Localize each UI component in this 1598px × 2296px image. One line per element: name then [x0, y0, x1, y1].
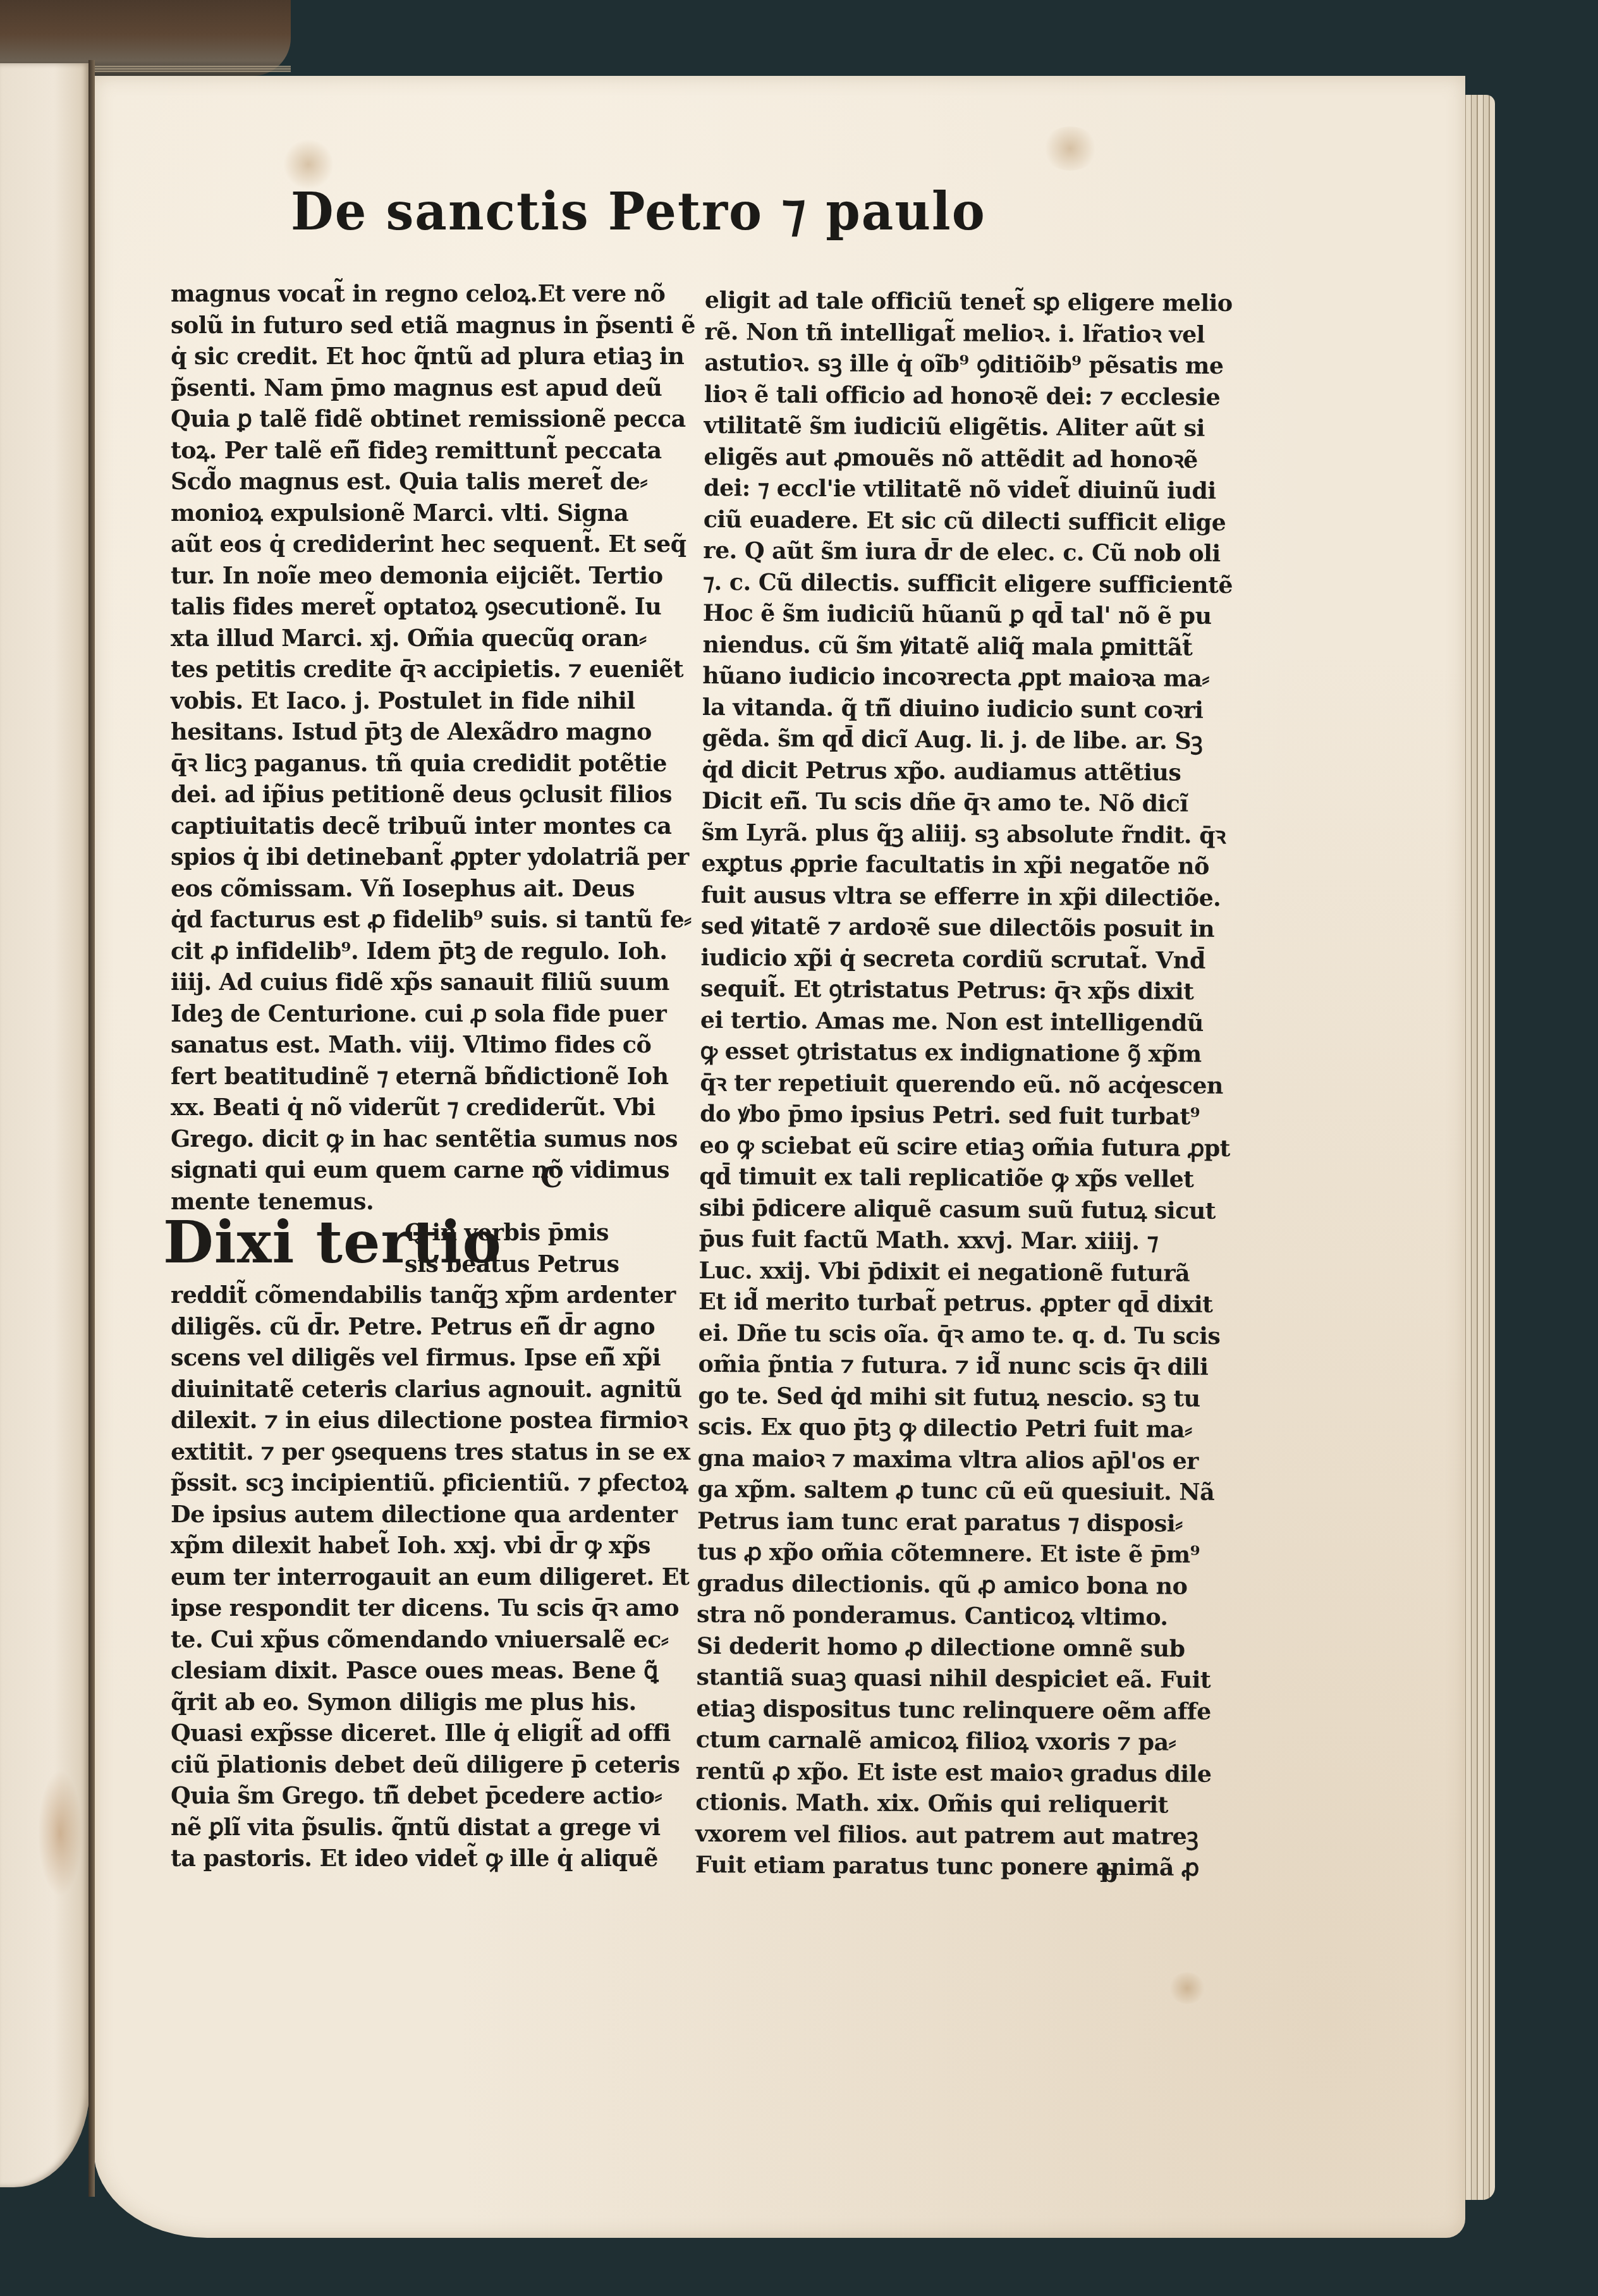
text-line: sis beatus Petrus [405, 1249, 670, 1280]
text-line: sibi p̄dicere aliquẽ casum suũ futuꝝ sic… [699, 1192, 1198, 1226]
text-line: extitit. ⁊ per ꝯsequens tres status in s… [171, 1436, 676, 1468]
text-line: iudicio xp̃i q̇ secreta cordiũ scrutat̃.… [700, 941, 1200, 975]
right-column-lines: eligit ad tale officiũ tenet̃ sꝑ eligere… [695, 284, 1204, 1883]
text-line: ⁊. c. Cũ dilectis. sufficit eligere suff… [703, 566, 1202, 600]
foxing-spot [1168, 1972, 1206, 2004]
text-line: Dicit eñ̃. Tu scis dñe q̄ꝛ amo te. Nõ di… [702, 785, 1201, 819]
text-line: lioꝛ ẽ tali officio ad honoꝛẽ dei: ⁊ ecc… [704, 378, 1204, 412]
text-line: p̃ssit. scꝫ incipientiũ. ꝑficientiũ. ⁊ ꝑ… [171, 1467, 676, 1499]
text-line: monioꝝ expulsionẽ Marci. vlti. Signa [171, 498, 676, 529]
text-line: do ꝟbo p̄mo ipsius Petri. sed fuit turba… [700, 1098, 1199, 1132]
text-line: ciũ euadere. Et sic cũ dilecti sufficit … [704, 503, 1203, 537]
text-line: re. Q aũt s̃m iura d̄r de elec. c. Cũ no… [703, 535, 1202, 569]
text-line: Grego. dicit ꝙ in hac sentẽtia sumus nos [171, 1123, 676, 1155]
left-text-column: magnus vocat̃ in regno celoꝝ.Et vere nõs… [171, 278, 676, 1874]
text-line: hũano iudicio incoꝛrecta ꝓpt maioꝛa ma⸗ [702, 660, 1202, 694]
text-line: q̃rit ab eo. Symon diligis me plus his. [171, 1687, 676, 1718]
text-line: gradus dilectionis. qũ ꝓ amico bona no [697, 1567, 1196, 1601]
text-line: eligẽs aut ꝓmouẽs nõ attẽdit ad honoꝛẽ [704, 441, 1203, 475]
text-line: go te. Sed q̇d mihi sit futuꝝ nescio. sꝫ… [698, 1379, 1197, 1414]
text-line: captiuitatis decẽ tribuũ inter montes ca [171, 810, 676, 842]
initial-tail-lines: Q in verbis p̄mis sis beatus Petrus [405, 1217, 670, 1279]
text-line: Q in verbis p̄mis [405, 1217, 670, 1249]
text-line: p̄us fuit factũ Math. xxvj. Mar. xiiij. … [699, 1223, 1198, 1257]
left-column-lines-before-initial: magnus vocat̃ in regno celoꝝ.Et vere nõs… [171, 278, 676, 1217]
signature-mark: b [1100, 1859, 1118, 1888]
text-line: ciũ p̄lationis debet deũ diligere p̄ cet… [171, 1749, 676, 1781]
text-line: Quia s̃m Grego. tñ̃ debet p̄cedere actio… [171, 1780, 676, 1812]
text-line: spios q̇ ibi detinebant̃ ꝓpter ydolatriã… [171, 841, 676, 873]
text-line: aũt eos q̇ crediderint hec sequent̃. Et … [171, 528, 676, 560]
text-line: ipse respondit ter dicens. Tu scis q̄ꝛ a… [171, 1592, 676, 1624]
text-line: clesiam dixit. Pasce oues meas. Bene ꝗ̃ [171, 1655, 676, 1687]
text-line: Ideꝫ de Centurione. cui ꝓ sola fide puer [171, 998, 676, 1030]
text-line: om̃ia p̃ntia ⁊ futura. ⁊ id̃ nunc scis q… [698, 1348, 1197, 1383]
paper-stain [38, 1770, 82, 1896]
text-line: tes petitis credite q̄ꝛ accipietis. ⁊ eu… [171, 654, 676, 685]
text-line: vtilitatẽ s̃m iudiciũ eligẽtis. Aliter a… [704, 410, 1203, 444]
right-text-column: eligit ad tale officiũ tenet̃ sꝑ eligere… [695, 284, 1204, 1883]
text-line: q̄ꝛ licꝫ paganus. tñ quia credidit potẽt… [171, 748, 676, 779]
text-line: diligẽs. cũ d̄r. Petre. Petrus eñ̃ d̄r a… [171, 1311, 676, 1343]
text-line: p̃senti. Nam p̄mo magnus est apud deũ [171, 372, 676, 404]
text-line: talis fides meret̃ optatoꝝ ꝯsecutionẽ. I… [171, 591, 676, 623]
text-line: q̇ sic credit. Et hoc q̃ntũ ad plura eti… [171, 341, 676, 372]
text-line: hesitans. Istud p̄tꝫ de Alexãdro magno [171, 716, 676, 748]
text-line: la vitanda. q̃ tñ̃ diuino iudicio sunt c… [702, 691, 1202, 725]
text-line: tus ꝓ xp̃o om̃ia cõtemnere. Et iste ẽ p̄… [697, 1536, 1197, 1570]
text-line: dei. ad ip̃ius petitionẽ deus ꝯclusit fi… [171, 779, 676, 810]
text-line: q̇d dicit Petrus xp̃o. audiamus attẽtius [702, 754, 1201, 788]
text-line: rẽ. Non tñ intelligat̃ melioꝛ. i. lr̃ati… [704, 315, 1204, 350]
text-line: Quasi exp̃sse diceret. Ille q̇ eligit̃ a… [171, 1718, 676, 1749]
text-line: xta illud Marci. xj. Om̃ia quecũq̧ oran⸗ [171, 623, 676, 654]
verso-page-edge [0, 63, 90, 2187]
text-line: Scd̃o magnus est. Quia talis meret̃ de⸗ [171, 466, 676, 498]
text-line: stantiã suaꝫ quasi nihil despiciet eã. F… [696, 1661, 1195, 1695]
text-line: dei: ⁊ eccl'ie vtilitatẽ nõ videt̃ diuin… [704, 472, 1203, 506]
text-line: gẽda. s̃m qd̄ dicĩ Aug. li. j. de libe. … [702, 723, 1201, 757]
text-line: rentũ ꝓ xp̃o. Et iste est maioꝛ gradus d… [695, 1755, 1195, 1789]
text-line: eligit ad tale officiũ tenet̃ sꝑ eligere… [705, 284, 1204, 319]
text-line: Luc. xxij. Vbi p̄dixit ei negationẽ futu… [698, 1254, 1198, 1288]
text-line: stra nõ ponderamus. Canticoꝝ vltimo. [697, 1599, 1196, 1633]
text-line: ctionis. Math. xix. Om̃is qui reliquerit [695, 1786, 1195, 1821]
text-line: Petrus iam tunc erat paratus ⁊ disposi⸗ [697, 1505, 1197, 1539]
text-line: reddit̃ cõmendabilis tanq̃ꝫ xp̃m ardente… [171, 1279, 676, 1311]
paragraph-mark: C [540, 1162, 563, 1194]
text-line: iiij. Ad cuius fidẽ xp̃s sanauit filiũ s… [171, 967, 676, 998]
left-column-lines-after-initial: reddit̃ cõmendabilis tanq̃ꝫ xp̃m ardente… [171, 1279, 676, 1874]
text-line: ei. Dñe tu scis oĩa. q̄ꝛ amo te. q. d. T… [698, 1317, 1198, 1351]
text-line: dilexit. ⁊ in eius dilectione postea fir… [171, 1405, 676, 1436]
text-line: te. Cui xp̃us cõmendando vniuersalẽ ec⸗ [171, 1624, 676, 1656]
text-line: sanatus est. Math. viij. Vltimo fides cõ [171, 1029, 676, 1061]
text-line: cit ꝓ infidelib⁹. Idem p̄tꝫ de regulo. I… [171, 936, 676, 967]
text-line: etiaꝫ dispositus tunc relinquere oẽm aff… [696, 1692, 1195, 1726]
text-line: xx. Beati q̇ nõ viderũt ⁊ crediderũt. Vb… [171, 1092, 676, 1123]
text-line: vobis. Et Iaco. j. Postulet in fide nihi… [171, 685, 676, 717]
running-head: De sanctis Petro ⁊ paulo [291, 182, 1049, 243]
text-line: solũ in futuro sed etiã magnus in p̃sent… [171, 310, 676, 341]
text-line: eo ꝙ sciebat eũ scire etiaꝫ om̃ia futura… [700, 1129, 1199, 1163]
text-line: Quia ꝑ talẽ fidẽ obtinet remissionẽ pecc… [171, 403, 676, 435]
text-line: fert beatitudinẽ ⁊ eternã bñdictionẽ Ioh [171, 1061, 676, 1092]
text-line: gna maioꝛ ⁊ maxima vltra alios ap̄l'os e… [698, 1442, 1197, 1476]
text-line: ꝙ esset ꝯtristatus ex indignatione ꝯ̃ xp… [700, 1035, 1199, 1070]
text-line: exꝑtus ꝓprie facultatis in xp̃i negatõe … [701, 848, 1200, 882]
text-line: tur. In noĩe meo demonia eĳciẽt. Tertio [171, 560, 676, 592]
initial-block: Dixi tertio Q in verbis p̄mis sis beatus… [171, 1217, 676, 1279]
text-line: scis. Ex quo p̄tꝫ ꝙ dilectio Petri fuit … [698, 1411, 1197, 1445]
text-line: signati qui eum quem carne nõ vidimus [171, 1154, 676, 1186]
text-line: sequit̃. Et ꝯtristatus Petrus: q̄ꝛ xp̃s … [700, 973, 1200, 1007]
text-line: s̃m Lyrã. plus q̃ꝫ aliĳ. sꝫ absolute r̃n… [702, 816, 1201, 850]
foxing-spot [1042, 126, 1099, 171]
text-line: toꝝ. Per talẽ eñ̃ fideꝫ remittunt̃ pecca… [171, 435, 676, 467]
text-line: nẽ ꝑlĩ vita p̃sulis. q̃ntũ distat a greg… [171, 1812, 676, 1843]
text-line: Et id̃ merito turbat̃ petrus. ꝓpter qd̄ … [698, 1286, 1198, 1320]
text-line: ta pastoris. Et ideo videt̃ ꝙ ille q̇ al… [171, 1843, 676, 1874]
text-line: ctum carnalẽ amicoꝝ filioꝝ vxoris ⁊ pa⸗ [696, 1724, 1195, 1758]
text-line: qd̄ timuit ex tali replicatiõe ꝙ xp̃s ve… [699, 1161, 1198, 1195]
text-line: Si dederit homo ꝓ dilectione omnẽ sub [697, 1630, 1196, 1664]
text-line: ei tertio. Amas me. Non est intelligendũ [700, 1004, 1200, 1038]
text-line: q̄ꝛ ter repetiuit querendo eũ. nõ acq̇es… [700, 1066, 1199, 1101]
book-gutter [88, 60, 95, 2197]
text-line: Hoc ẽ s̃m iudiciũ hũanũ ꝑ qd̄ tal' nõ ẽ … [703, 597, 1202, 632]
text-line: scens vel diligẽs vel firmus. Ipse eñ̃ x… [171, 1342, 676, 1374]
text-line: De ipsius autem dilectione qua ardenter [171, 1499, 676, 1530]
text-line: diuinitatẽ ceteris clarius agnouit. agni… [171, 1374, 676, 1405]
text-line: xp̃m dilexit habet̃ Ioh. xxj. vbi d̄r ꝙ … [171, 1530, 676, 1561]
text-line: sed ꝟitatẽ ⁊ ardoꝛẽ sue dilectõis posuit… [701, 910, 1200, 944]
text-line: astutioꝛ. sꝫ ille q̇ oĩb⁹ ꝯditiõib⁹ pẽsa… [704, 347, 1204, 381]
text-line: Fuit etiam paratus tunc ponere animã ꝓ [695, 1849, 1195, 1883]
text-line: niendus. cũ s̃m ꝟitatẽ aliq̃ mala ꝑmittã… [702, 628, 1202, 663]
text-line: eum ter interrogauit an eum diligeret. E… [171, 1561, 676, 1593]
text-line: fuit ausus vltra se efferre in xp̃i dile… [701, 879, 1200, 913]
text-line: ga xp̃m. saltem ꝓ tunc cũ eũ quesiuit. N… [697, 1474, 1197, 1508]
text-line: magnus vocat̃ in regno celoꝝ.Et vere nõ [171, 278, 676, 310]
text-line: eos cõmissam. Vñ Iosephus ait. Deus [171, 873, 676, 905]
text-line: vxorem vel filios. aut patrem aut matreꝫ [695, 1817, 1195, 1852]
text-line: q̇d facturus est ꝓ fidelib⁹ suis. si tan… [171, 904, 676, 936]
